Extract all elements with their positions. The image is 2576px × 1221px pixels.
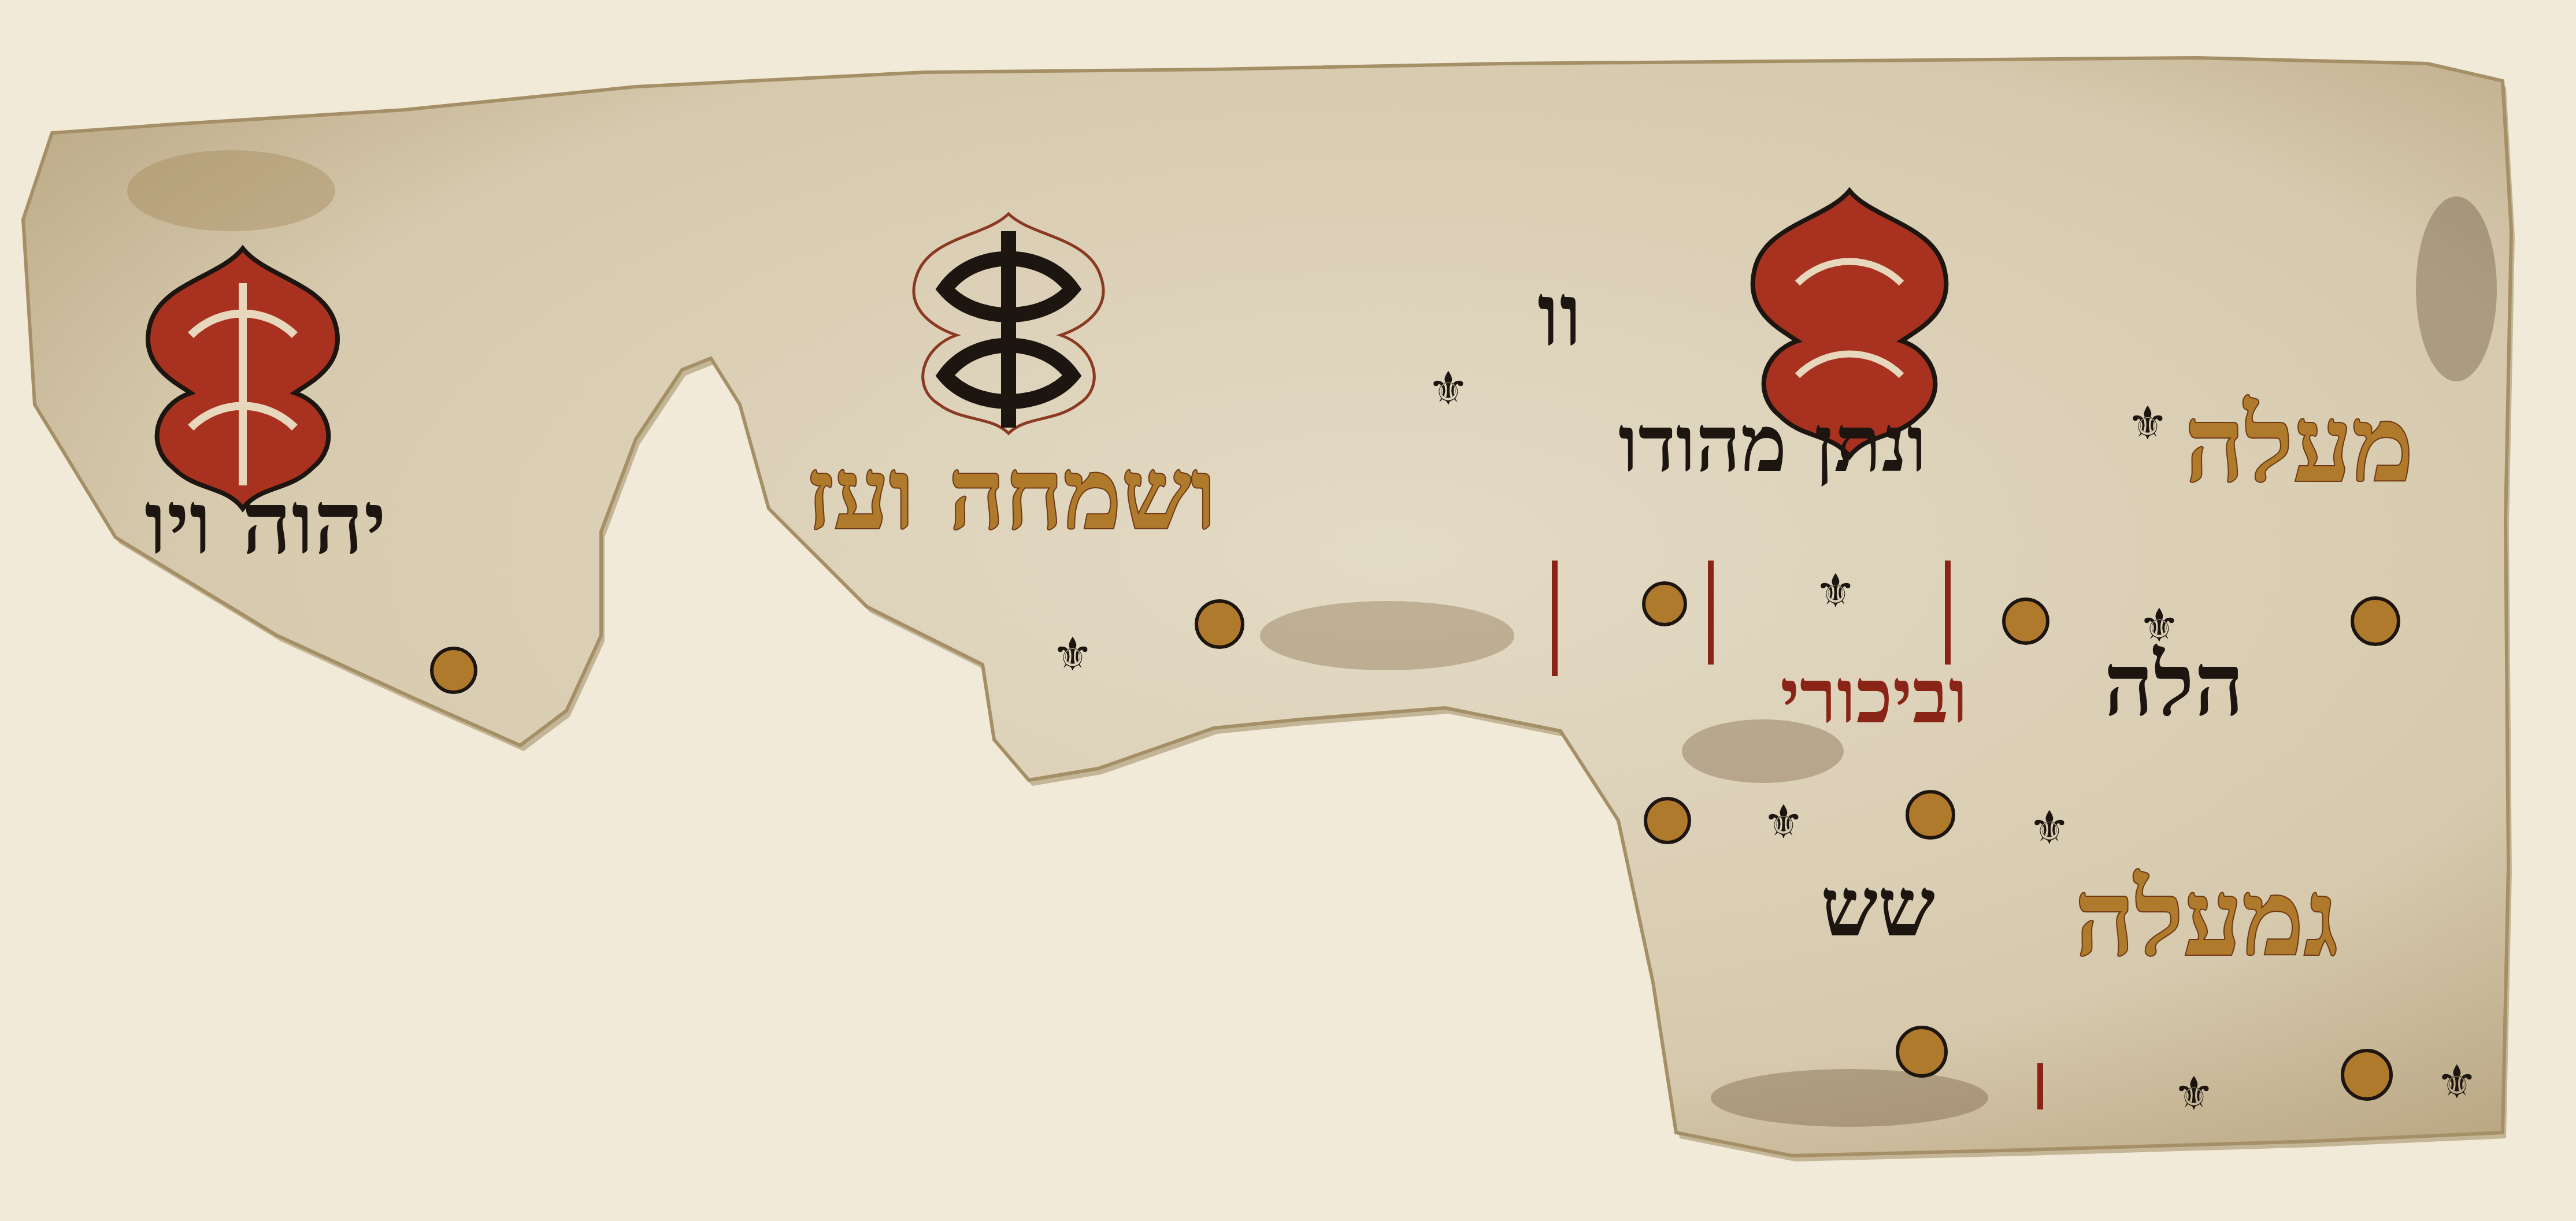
hebrew-line-right-top-gold: מעלה	[2185, 393, 2414, 497]
hebrew-line-left: יהוה ויו	[144, 480, 387, 566]
rosette-icon	[2343, 1051, 2391, 1099]
hebrew-line-right-bottom-gold: גמעלה	[2075, 867, 2338, 971]
fleur-de-lis-icon: ⚜	[2029, 801, 2070, 855]
fleur-de-lis-icon: ⚜	[1815, 564, 1856, 618]
fleur-de-lis-icon: ⚜	[1763, 795, 1804, 849]
hebrew-line-right-mid-black: הלה	[2104, 641, 2244, 728]
rosette-icon	[1907, 792, 1954, 838]
rosette-icon	[1645, 799, 1689, 843]
fleur-de-lis-icon: ⚜	[1428, 362, 1469, 415]
manuscript-photo: ⚜ ⚜ ⚜ ⚜ ⚜ ⚜ ⚜ ⚜ ⚜ יהוה ויו ושמחה ועז ונת…	[0, 0, 2576, 1221]
rosette-icon	[2352, 598, 2399, 644]
hebrew-line-right-mid-red: וביכורי	[1780, 659, 1968, 734]
parchment-fragment: ⚜ ⚜ ⚜ ⚜ ⚜ ⚜ ⚜ ⚜ ⚜	[0, 0, 2576, 1221]
fleur-de-lis-icon: ⚜	[2436, 1055, 2478, 1109]
hebrew-line-right-top-black: ונתן מהודו	[1618, 404, 1927, 483]
rosette-icon	[1897, 1027, 1946, 1076]
rosette-icon	[1196, 601, 1243, 647]
rosette-icon	[432, 648, 476, 692]
hebrew-line-middle: ושמחה ועז	[806, 445, 1216, 543]
hebrew-line-right-bottom-black: שש	[1821, 867, 1935, 948]
marker-glyphs: וו	[1537, 272, 1582, 358]
fleur-de-lis-icon: ⚜	[2127, 396, 2169, 450]
rosette-icon	[2004, 599, 2048, 643]
fleur-de-lis-icon: ⚜	[2173, 1067, 2215, 1120]
fleur-de-lis-icon: ⚜	[1052, 628, 1094, 681]
rosette-icon	[1644, 583, 1685, 625]
